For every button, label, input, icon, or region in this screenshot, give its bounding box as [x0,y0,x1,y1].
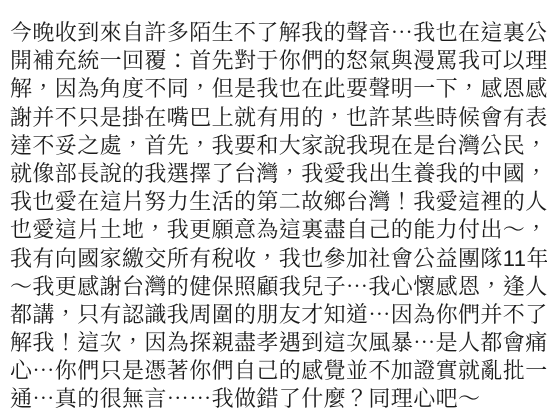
text-line: 解我！這次，因為探親盡孝遇到這次風暴⋯是人都會痛 [10,329,541,357]
text-line: 就像部長說的我選擇了台灣，我愛我出生養我的中國， [10,160,541,188]
text-line: 也愛這片土地，我更願意為這裏盡自己的能力付出～， [10,216,541,244]
text-line: 達不妥之處，首先，我要和大家說我現在是台灣公民， [10,132,541,160]
text-line: 我也愛在這片努力生活的第二故鄉台灣！我愛這裡的人 [10,188,541,216]
text-line: 都講，只有認識我周圍的朋友才知道⋯因為你們并不了 [10,301,541,329]
text-line: 心⋯你們只是憑著你們自己的感覺並不加證實就亂批一 [10,357,541,385]
text-line: ～我更感謝台灣的健保照顧我兒子⋯我心懷感恩，逢人 [10,273,541,301]
text-line: 今晚收到來自許多陌生不了解我的聲音⋯我也在這裏公 [10,19,541,47]
post-text-block: 今晚收到來自許多陌生不了解我的聲音⋯我也在這裏公 開補充統一回覆：首先對于你們的… [0,0,547,413]
text-line: 通⋯真的很無言⋯⋯我做錯了什麼？同理心吧～ [10,385,541,413]
text-line: 開補充統一回覆：首先對于你們的怒氣與漫罵我可以理 [10,47,541,75]
text-line: 解，因為角度不同，但是我也在此要聲明一下，感恩感 [10,75,541,103]
text-line: 我有向國家繳交所有稅收，我也參加社會公益團隊11年 [10,245,541,273]
text-line: 謝并不只是掛在嘴巴上就有用的，也許某些時候會有表 [10,104,541,132]
